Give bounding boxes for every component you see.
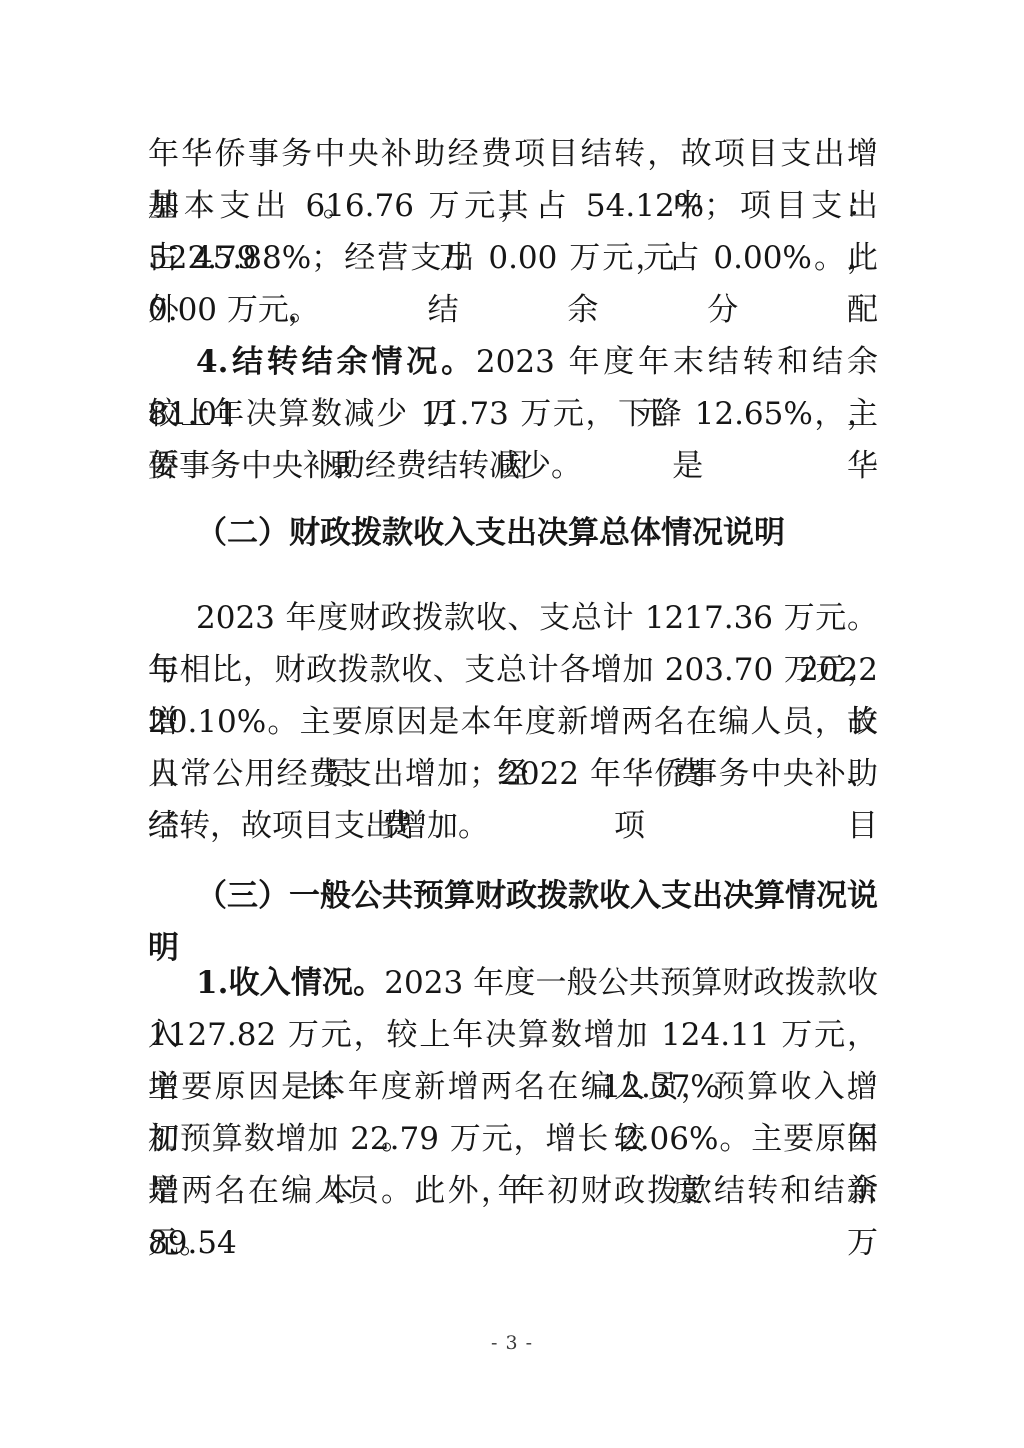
paragraph-appropriation-total: 2023 年度财政拨款收、支总计 1217.36 万元。与 2022 年相比，财… [148,592,878,852]
body-line: 主要原因是本年度新增两名在编人员，预算收入增加。较年 [148,1061,878,1113]
body-line: 2023 年度财政拨款收、支总计 1217.36 万元。与 2022 [148,592,878,644]
body-line: 20.10%。主要原因是本年度新增两名在编人员，故人员经费、 [148,696,878,748]
section-heading-text: （三）一般公共预算财政拨款收入支出决算情况说明 [148,870,878,922]
body-line: 1.收入情况。2023 年度一般公共预算财政拨款收入 [148,957,878,1009]
body-line: 年相比，财政拨款收、支总计各增加 203.70 万元，增长 [148,644,878,696]
section-heading-2: （二）财政拨款收入支出决算总体情况说明 [148,507,878,559]
section-heading-3: （三）一般公共预算财政拨款收入支出决算情况说明 [148,870,878,922]
document-page: 年华侨事务中央补助经费项目结转，故项目支出增加。其中： 基本支出 616.76 … [0,0,1024,1448]
body-line: 增两名在编人员。此外，年初财政拨款结转和结余 89.54 万 [148,1165,878,1217]
body-line: 较上年决算数减少 11.73 万元，下降 12.65%，主要原因是华 [148,388,878,440]
body-line: 日常公用经费支出增加；2022 年华侨事务中央补助经费项目 [148,748,878,800]
body-line: 初预算数增加 22.79 万元，增长 2.06%。主要原因是本年度新 [148,1113,878,1165]
item-lead-label: 4.结转结余情况。 [196,344,476,380]
body-line: 4.结转结余情况。2023 年度年末结转和结余 81.01 万元， [148,336,878,388]
paragraph-income-situation: 1.收入情况。2023 年度一般公共预算财政拨款收入 1127.82 万元，较上… [148,957,878,1269]
paragraph-carryover-surplus: 4.结转结余情况。2023 年度年末结转和结余 81.01 万元， 较上年决算数… [148,336,878,492]
body-line: 年华侨事务中央补助经费项目结转，故项目支出增加。其中： [148,128,878,180]
section-heading-text: （二）财政拨款收入支出决算总体情况说明 [148,507,878,559]
body-line: 基本支出 616.76 万元，占 54.12%；项目支出 522.79 万元， [148,180,878,232]
body-line: 占 45.88%；经营支出 0.00 万元，占 0.00%。此外，结余分配 [148,232,878,284]
page-number: - 3 - [0,1330,1024,1356]
paragraph-expenditure-breakdown: 年华侨事务中央补助经费项目结转，故项目支出增加。其中： 基本支出 616.76 … [148,128,878,336]
item-lead-label: 1.收入情况。 [196,965,384,1001]
body-line: 1127.82 万元，较上年决算数增加 124.11 万元，增长 12.37%。 [148,1009,878,1061]
